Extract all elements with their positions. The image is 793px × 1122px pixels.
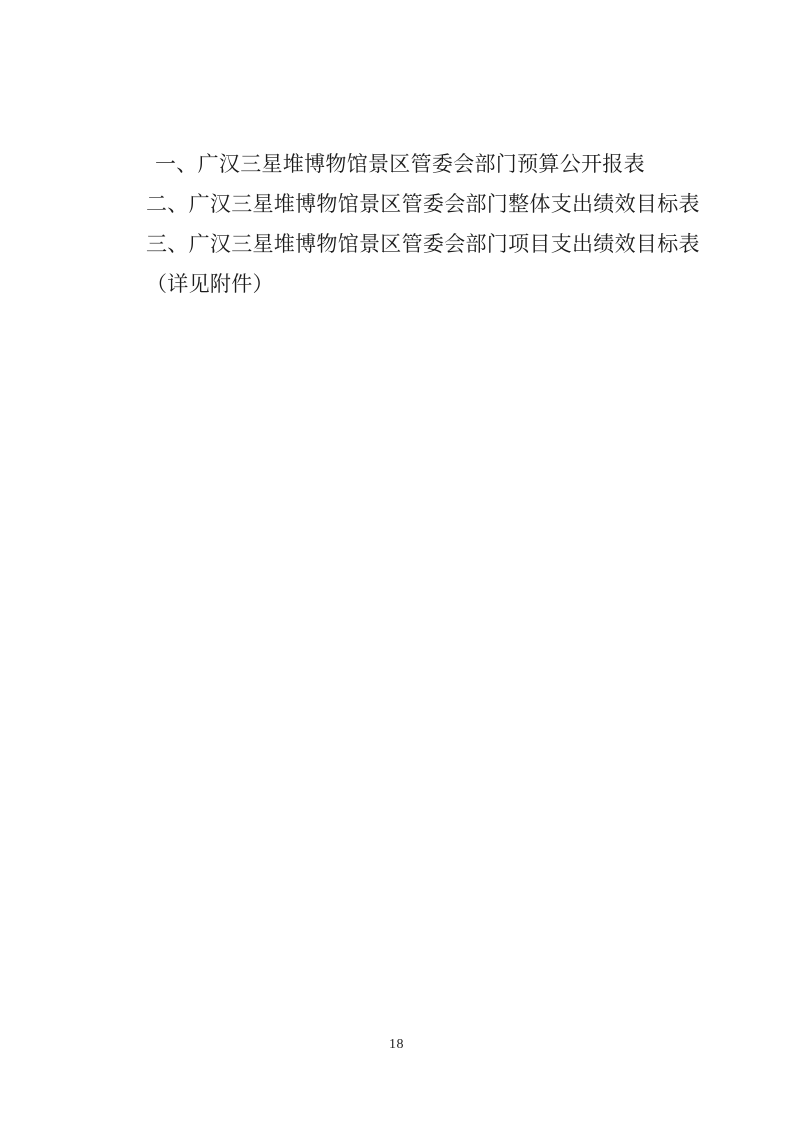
attachment-list: 一、广汉三星堆博物馆景区管委会部门预算公开报表 二、广汉三星堆博物馆景区管委会部… [146, 144, 700, 304]
attachment-item-2: 二、广汉三星堆博物馆景区管委会部门整体支出绩效目标表 [146, 184, 700, 224]
page-number: 18 [0, 1037, 793, 1053]
attachment-item-1: 一、广汉三星堆博物馆景区管委会部门预算公开报表 [155, 144, 700, 184]
attachment-item-3: 三、广汉三星堆博物馆景区管委会部门项目支出绩效目标表 [146, 224, 700, 264]
attachment-note: （详见附件） [146, 264, 700, 304]
document-page: 一、广汉三星堆博物馆景区管委会部门预算公开报表 二、广汉三星堆博物馆景区管委会部… [0, 0, 793, 1122]
